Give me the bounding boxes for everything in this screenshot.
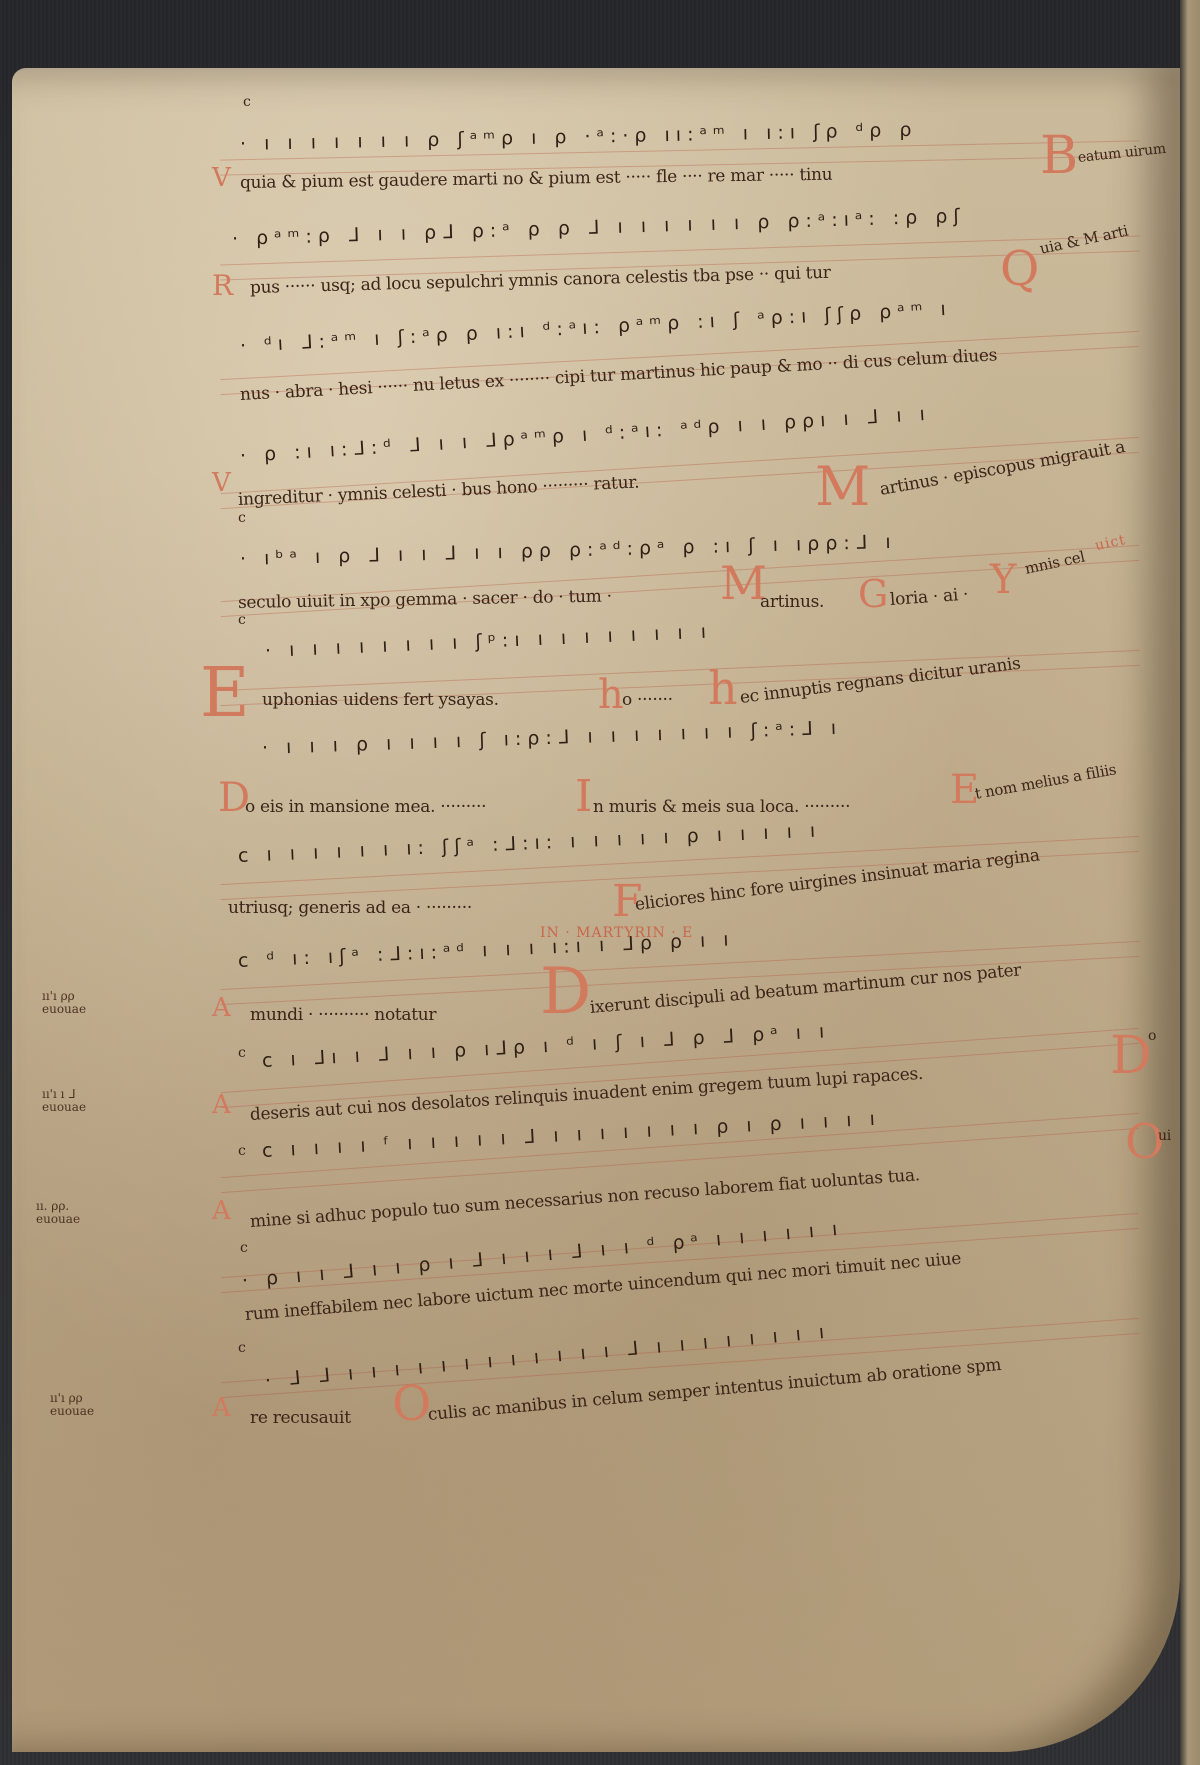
margin-neumes: ıı'ı ρρ xyxy=(42,990,86,1003)
margin-note-euouae-1: ıı'ı ρρ euouae xyxy=(42,990,86,1015)
antiphon-marker: A xyxy=(212,1092,231,1118)
text-line-11-continuation: ui xyxy=(1158,1128,1171,1144)
initial-B: B xyxy=(1040,130,1078,182)
margin-neumes: ıı'ı ρρ xyxy=(50,1392,94,1405)
text-line-6-ho: o ······· xyxy=(622,690,673,710)
initial-Q: Q xyxy=(1000,245,1039,293)
initial-Y: Y xyxy=(990,560,1016,600)
c-clef: c xyxy=(238,1045,246,1061)
initial-G: G xyxy=(858,575,888,613)
margin-euouae: euouae xyxy=(42,1003,86,1016)
margin-note-euouae-4: ıı'ı ρρ euouae xyxy=(50,1392,94,1417)
text-line-7: o eis in mansione mea. ········· xyxy=(245,797,486,817)
c-clef: c xyxy=(238,1143,246,1159)
margin-neumes: ıı. ρρ. xyxy=(36,1200,80,1213)
text-line-13: re recusauit xyxy=(250,1408,351,1428)
versicle-marker: V xyxy=(212,470,231,496)
initial-I: I xyxy=(575,775,592,819)
initial-D: D xyxy=(540,960,591,1024)
text-line-5-continuation: artinus. xyxy=(760,592,824,612)
adjacent-page-edge xyxy=(1180,0,1200,1765)
antiphon-marker: A xyxy=(212,995,231,1021)
text-line-7-inmuris: n muris & meis sua loca. ········· xyxy=(593,797,850,817)
c-clef: c xyxy=(240,1240,248,1256)
text-line-10-continuation: o xyxy=(1148,1028,1156,1044)
responsory-marker: R xyxy=(212,272,233,300)
margin-euouae: euouae xyxy=(36,1213,80,1226)
text-line-9: mundi · ·········· notatur xyxy=(250,1005,436,1025)
margin-euouae: euouae xyxy=(50,1405,94,1418)
c-clef: c xyxy=(238,510,246,526)
margin-note-euouae-3: ıı. ρρ. euouae xyxy=(36,1200,80,1225)
initial-E: E xyxy=(200,660,250,728)
versicle-marker: V xyxy=(212,165,231,191)
initial-D: D xyxy=(1110,1030,1152,1082)
margin-note-euouae-2: ıı'ı ı ᒧ euouae xyxy=(42,1088,86,1113)
initial-O: O xyxy=(392,1380,431,1428)
c-clef: c xyxy=(238,612,246,628)
margin-euouae: euouae xyxy=(42,1101,86,1114)
margin-neumes: ıı'ı ı ᒧ xyxy=(42,1088,86,1101)
c-clef: c xyxy=(243,94,251,110)
text-line-8: utriusq; generis ad ea · ········· xyxy=(228,898,472,918)
antiphon-marker: A xyxy=(212,1198,231,1224)
antiphon-marker: A xyxy=(212,1395,231,1421)
initial-h: h xyxy=(598,675,624,715)
initial-M: M xyxy=(815,460,870,514)
text-line-6: uphonias uidens fert ysayas. xyxy=(262,690,499,710)
c-clef: c xyxy=(238,1340,246,1356)
initial-h: h xyxy=(708,665,738,711)
